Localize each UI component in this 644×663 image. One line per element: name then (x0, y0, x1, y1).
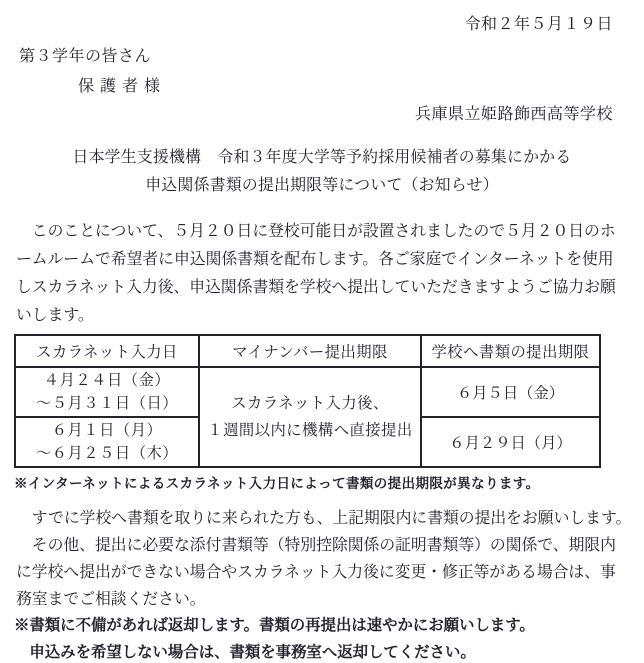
body-paragraph: すでに学校へ書類を取りに来られた方も、上記期限内に書類の提出をお願いします。 そ… (16, 505, 628, 613)
intro-line: ームルームで希望者に申込関係書類を配布します。各ご家庭でインターネットを使用 (16, 246, 628, 274)
table-footnote: ※インターネットによるスカラネット入力日によって書類の提出期限が異なります。 (14, 474, 644, 493)
mynumber-line: スカラネット入力後、 (200, 390, 420, 417)
body-line: すでに学校へ書類を取りに来られた方も、上記期限内に書類の提出をお願いします。 (16, 505, 628, 532)
cell-mynumber-deadline-merged: スカラネット入力後、 １週間以内に機構へ直接提出 (199, 367, 421, 467)
notice-title: 日本学生支援機構 令和３年度大学等予約採用候補者の募集にかかる 申込関係書類の提… (0, 144, 644, 200)
mynumber-line: １週間以内に機構へ直接提出 (200, 417, 420, 444)
body-line: 務室までご相談ください。 (16, 586, 628, 613)
intro-line: いします。 (16, 302, 628, 330)
col-header-school-deadline: 学校へ書類の提出期限 (421, 335, 600, 367)
intro-line: このことについて、５月２０日に登校可能日が設置されましたので５月２０日のホ (16, 218, 628, 246)
important-note-line: ※書類に不備があれば返却します。書類の再提出は速やかにお願いします。 (14, 613, 644, 640)
notice-title-line1: 日本学生支援機構 令和３年度大学等予約採用候補者の募集にかかる (0, 144, 644, 172)
important-notes: ※書類に不備があれば返却します。書類の再提出は速やかにお願いします。 申込みを希… (14, 613, 644, 663)
addressee-students: 第３学年の皆さん (19, 46, 644, 68)
table-row: ４月２４日（金） ～５月３１日（日） スカラネット入力後、 １週間以内に機構へ直… (15, 367, 600, 417)
notice-document-page: 令和２年５月１９日 第３学年の皆さん 保 護 者 様 兵庫県立姫路飾西高等学校 … (0, 0, 644, 663)
intro-paragraph: このことについて、５月２０日に登校可能日が設置されましたので５月２０日のホ ーム… (16, 218, 628, 330)
body-line: その他、提出に必要な添付書類等（特別控除関係の証明書類等）の関係で、期限内 (16, 532, 628, 559)
cell-school-deadline-row2: ６月２９日（月） (421, 417, 600, 467)
table-header-row: スカラネット入力日 マイナンバー提出期限 学校へ書類の提出期限 (15, 335, 600, 367)
period-line: ４月２４日（金） (16, 369, 198, 392)
intro-line: しスカラネット入力後、申込関係書類を学校へ提出していただきますようご協力お願 (16, 274, 628, 302)
cell-school-deadline-row1: ６月５日（金） (421, 367, 600, 417)
period-line: ～６月２５日（木） (16, 442, 198, 465)
period-line: ６月１日（月） (16, 419, 198, 442)
issue-date: 令和２年５月１９日 (0, 0, 644, 36)
cell-input-period-row2: ６月１日（月） ～６月２５日（木） (15, 417, 199, 467)
important-note-line: 申込みを希望しない場合は、書類を事務室へ返却してください。 (14, 640, 644, 663)
sender-school-name: 兵庫県立姫路飾西高等学校 (0, 104, 644, 126)
notice-title-line2: 申込関係書類の提出期限等について（お知らせ） (0, 172, 644, 200)
addressee-guardians: 保 護 者 様 (78, 76, 644, 98)
col-header-scalanet-input-date: スカラネット入力日 (15, 335, 199, 367)
period-line: ～５月３１日（日） (16, 392, 198, 415)
body-line: に学校へ提出ができない場合やスカラネット入力後に変更・修正等がある場合は、事 (16, 559, 628, 586)
cell-input-period-row1: ４月２４日（金） ～５月３１日（日） (15, 367, 199, 417)
deadline-table: スカラネット入力日 マイナンバー提出期限 学校へ書類の提出期限 ４月２４日（金）… (14, 334, 601, 468)
col-header-mynumber-deadline: マイナンバー提出期限 (199, 335, 421, 367)
